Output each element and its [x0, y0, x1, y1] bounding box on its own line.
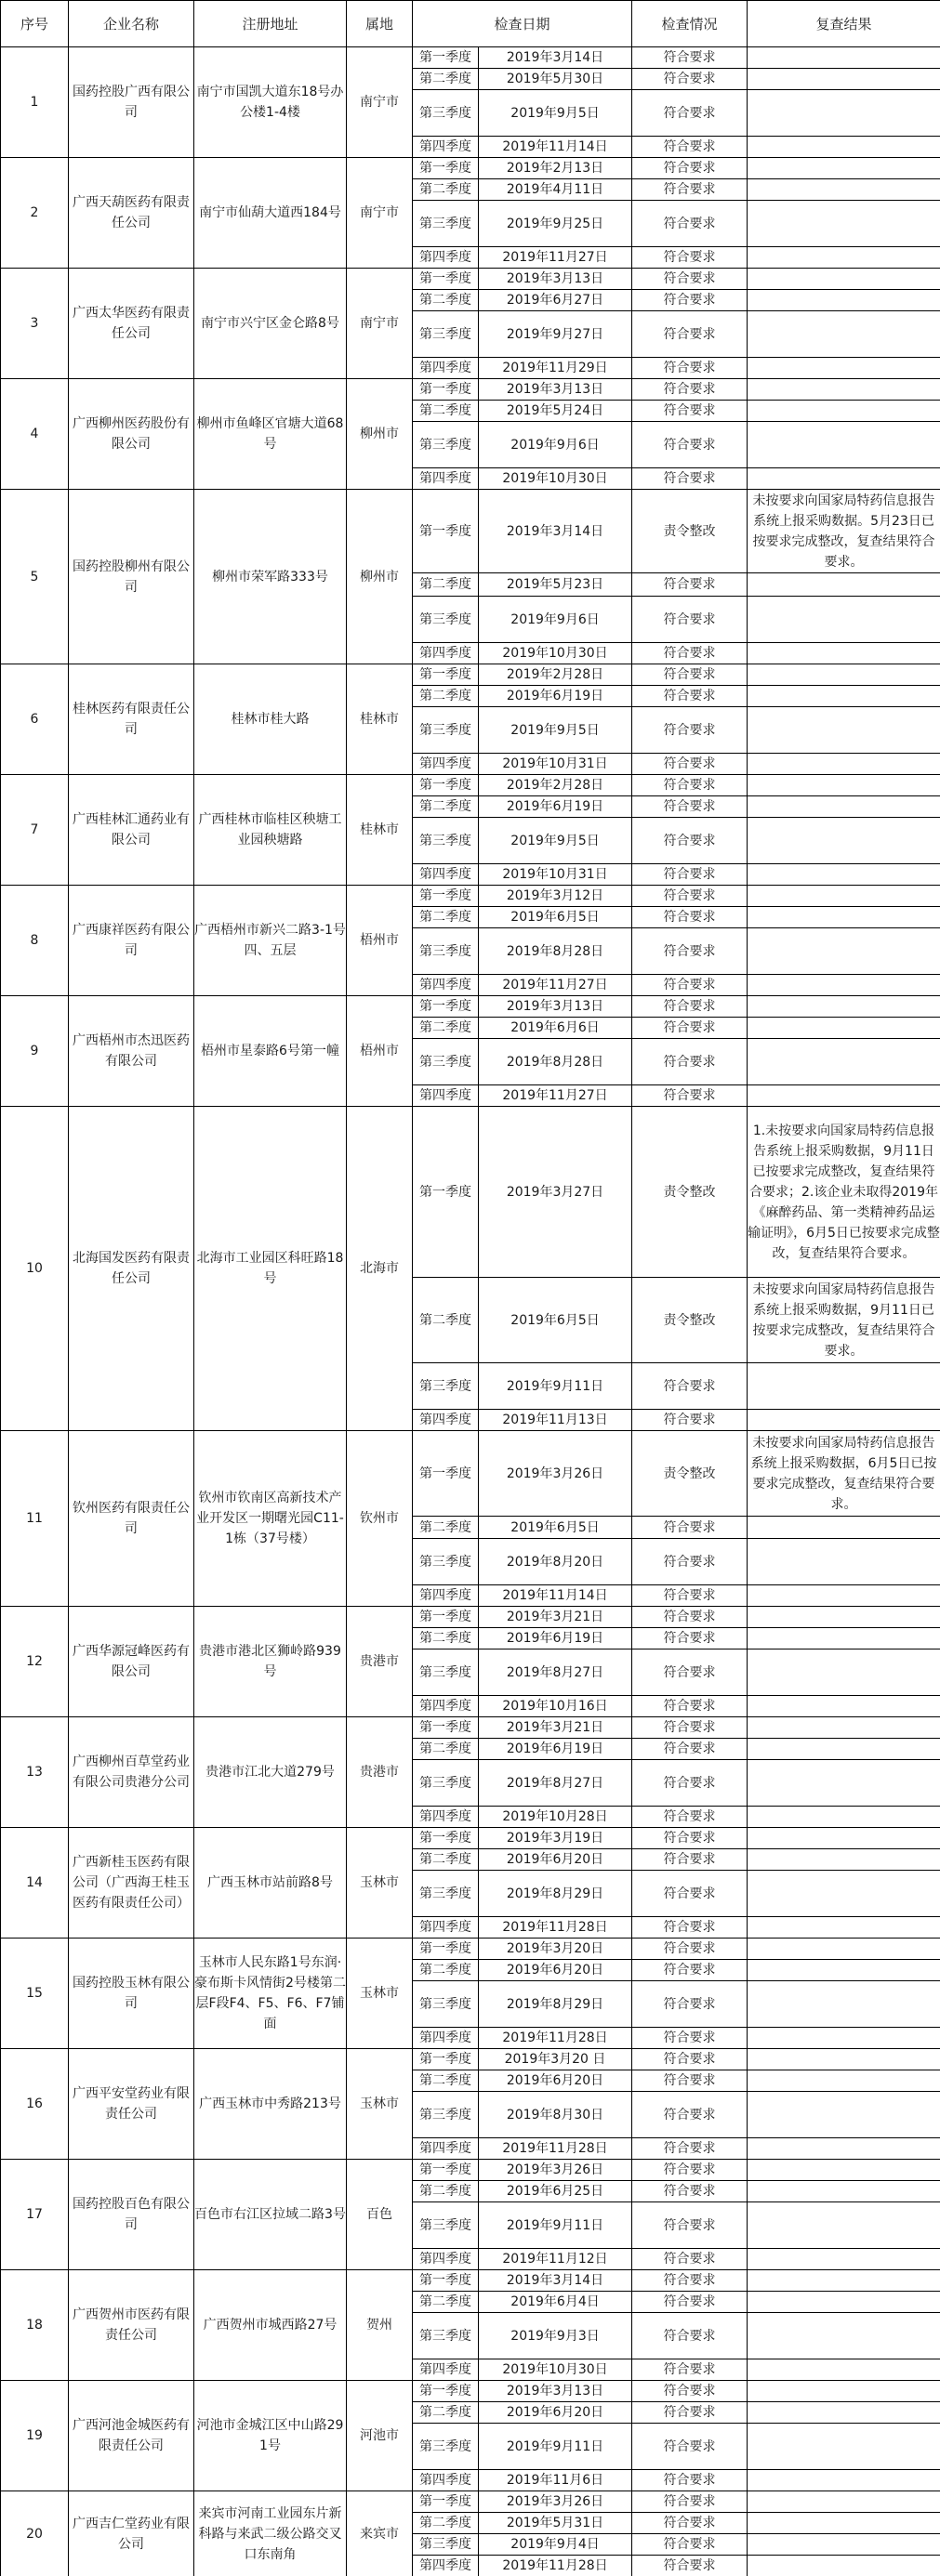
- jurisdiction: 钦州市: [347, 1431, 413, 1607]
- recheck-result: [748, 2534, 940, 2556]
- recheck-result: [748, 69, 940, 90]
- recheck-result: [748, 311, 940, 358]
- check-quarter: 第一季度: [413, 158, 479, 179]
- check-quarter: 第二季度: [413, 1517, 479, 1539]
- jurisdiction: 北海市: [347, 1107, 413, 1431]
- jurisdiction: 河池市: [347, 2381, 413, 2491]
- table-row: 17国药控股百色有限公司百色市右江区拉域二路3号百色第一季度2019年3月26日…: [1, 2160, 940, 2181]
- recheck-result: [748, 468, 940, 490]
- row-number: 12: [1, 1607, 69, 1717]
- check-quarter: 第一季度: [413, 1828, 479, 1849]
- check-status: 符合要求: [632, 290, 748, 311]
- jurisdiction: 南宁市: [347, 47, 413, 158]
- table-row: 14广西新桂玉医药有限公司（广西海王桂玉医药有限责任公司）广西玉林市站前路8号玉…: [1, 1828, 940, 1849]
- check-quarter: 第三季度: [413, 2202, 479, 2249]
- check-date: 2019年11月28日: [479, 2138, 632, 2160]
- jurisdiction: 桂林市: [347, 664, 413, 775]
- company-name: 广西贺州市医药有限责任公司: [69, 2270, 194, 2381]
- check-date: 2019年3月12日: [479, 886, 632, 907]
- check-date: 2019年6月20日: [479, 1849, 632, 1871]
- check-quarter: 第二季度: [413, 290, 479, 311]
- recheck-result: [748, 1960, 940, 1981]
- table-row: 5国药控股柳州有限公司柳州市荣军路333号柳州市第一季度2019年3月14日责令…: [1, 490, 940, 573]
- check-status: 符合要求: [632, 1039, 748, 1085]
- recheck-result: [748, 1607, 940, 1628]
- check-status: 符合要求: [632, 311, 748, 358]
- table-row: 15国药控股玉林有限公司玉林市人民东路1号东润·豪布斯卡风情街2号楼第二层F段F…: [1, 1939, 940, 1960]
- jurisdiction: 玉林市: [347, 1828, 413, 1939]
- recheck-result: [748, 775, 940, 796]
- check-quarter: 第二季度: [413, 1739, 479, 1760]
- check-date: 2019年8月28日: [479, 1039, 632, 1085]
- registered-address: 南宁市兴宁区金仑路8号: [194, 269, 347, 379]
- header-row: 序号 企业名称 注册地址 属地 检查日期 检查情况 复查结果: [1, 1, 940, 47]
- table-row: 19广西河池金城医药有限责任公司河池市金城江区中山路291号河池市第一季度201…: [1, 2381, 940, 2402]
- check-status: 符合要求: [632, 2313, 748, 2359]
- recheck-result: [748, 886, 940, 907]
- check-quarter: 第一季度: [413, 1717, 479, 1739]
- recheck-result: [748, 1760, 940, 1807]
- check-date: 2019年3月13日: [479, 2381, 632, 2402]
- row-number: 14: [1, 1828, 69, 1939]
- check-status: 符合要求: [632, 2270, 748, 2292]
- row-number: 4: [1, 379, 69, 490]
- recheck-result: [748, 1539, 940, 1585]
- recheck-result: [748, 179, 940, 201]
- header-no: 序号: [1, 1, 69, 47]
- recheck-result: [748, 2424, 940, 2470]
- check-quarter: 第三季度: [413, 1363, 479, 1410]
- jurisdiction: 百色: [347, 2160, 413, 2270]
- check-date: 2019年5月31日: [479, 2513, 632, 2534]
- check-date: 2019年10月31日: [479, 864, 632, 886]
- check-date: 2019年2月13日: [479, 158, 632, 179]
- recheck-result: [748, 2160, 940, 2181]
- recheck-result: [748, 1363, 940, 1410]
- check-status: 符合要求: [632, 1917, 748, 1939]
- row-number: 3: [1, 269, 69, 379]
- check-date: 2019年8月29日: [479, 1871, 632, 1917]
- check-status: 符合要求: [632, 2470, 748, 2491]
- check-date: 2019年3月13日: [479, 996, 632, 1018]
- check-date: 2019年10月30日: [479, 468, 632, 490]
- recheck-result: [748, 2491, 940, 2513]
- check-status: 符合要求: [632, 401, 748, 422]
- company-name: 广西梧州市杰迅医药有限公司: [69, 996, 194, 1107]
- check-quarter: 第四季度: [413, 643, 479, 664]
- check-quarter: 第四季度: [413, 2249, 479, 2270]
- check-status: 符合要求: [632, 1939, 748, 1960]
- row-number: 11: [1, 1431, 69, 1607]
- check-date: 2019年11月14日: [479, 1585, 632, 1607]
- table-row: 18广西贺州市医药有限责任公司广西贺州市城西路27号贺州第一季度2019年3月1…: [1, 2270, 940, 2292]
- company-name: 广西康祥医药有限公司: [69, 886, 194, 996]
- check-quarter: 第四季度: [413, 2556, 479, 2576]
- table-row: 13广西柳州百草堂药业有限公司贵港分公司贵港市江北大道279号贵港市第一季度20…: [1, 1717, 940, 1739]
- check-quarter: 第一季度: [413, 664, 479, 686]
- recheck-result: [748, 2381, 940, 2402]
- recheck-result: [748, 864, 940, 886]
- check-status: 符合要求: [632, 597, 748, 643]
- registered-address: 柳州市鱼峰区官塘大道68号: [194, 379, 347, 490]
- registered-address: 梧州市星泰路6号第一幢: [194, 996, 347, 1107]
- check-quarter: 第三季度: [413, 818, 479, 864]
- check-status: 符合要求: [632, 1739, 748, 1760]
- jurisdiction: 贵港市: [347, 1607, 413, 1717]
- check-status: 符合要求: [632, 468, 748, 490]
- check-quarter: 第二季度: [413, 2513, 479, 2534]
- check-date: 2019年9月6日: [479, 422, 632, 468]
- recheck-result: [748, 2313, 940, 2359]
- check-quarter: 第三季度: [413, 707, 479, 754]
- check-date: 2019年5月23日: [479, 573, 632, 597]
- recheck-result: 未按要求向国家局特药信息报告系统上报采购数据。5月23日已按要求完成整改，复查结…: [748, 490, 940, 573]
- company-name: 广西柳州百草堂药业有限公司贵港分公司: [69, 1717, 194, 1828]
- check-status: 符合要求: [632, 2181, 748, 2202]
- jurisdiction: 贺州: [347, 2270, 413, 2381]
- check-status: 符合要求: [632, 975, 748, 996]
- check-quarter: 第一季度: [413, 2049, 479, 2070]
- check-quarter: 第四季度: [413, 2138, 479, 2160]
- check-date: 2019年11月14日: [479, 137, 632, 158]
- registered-address: 柳州市荣军路333号: [194, 490, 347, 664]
- check-quarter: 第一季度: [413, 2491, 479, 2513]
- recheck-result: [748, 2402, 940, 2424]
- check-status: 符合要求: [632, 818, 748, 864]
- check-date: 2019年3月21日: [479, 1717, 632, 1739]
- check-status: 符合要求: [632, 928, 748, 975]
- check-quarter: 第三季度: [413, 1871, 479, 1917]
- recheck-result: [748, 1917, 940, 1939]
- jurisdiction: 来宾市: [347, 2491, 413, 2576]
- recheck-result: [748, 1039, 940, 1085]
- check-status: 符合要求: [632, 1717, 748, 1739]
- check-status: 符合要求: [632, 2359, 748, 2381]
- check-status: 符合要求: [632, 864, 748, 886]
- header-date: 检查日期: [413, 1, 632, 47]
- company-name: 国药控股广西有限公司: [69, 47, 194, 158]
- registered-address: 广西贺州市城西路27号: [194, 2270, 347, 2381]
- check-date: 2019年9月5日: [479, 818, 632, 864]
- row-number: 15: [1, 1939, 69, 2049]
- check-status: 符合要求: [632, 2491, 748, 2513]
- check-quarter: 第二季度: [413, 1018, 479, 1039]
- check-status: 符合要求: [632, 1760, 748, 1807]
- recheck-result: [748, 597, 940, 643]
- check-date: 2019年8月27日: [479, 1649, 632, 1696]
- recheck-result: [748, 1410, 940, 1431]
- check-quarter: 第三季度: [413, 2313, 479, 2359]
- check-status: 符合要求: [632, 47, 748, 69]
- check-date: 2019年2月28日: [479, 664, 632, 686]
- check-quarter: 第一季度: [413, 886, 479, 907]
- company-name: 广西新桂玉医药有限公司（广西海王桂玉医药有限责任公司）: [69, 1828, 194, 1939]
- check-status: 符合要求: [632, 1628, 748, 1649]
- check-quarter: 第四季度: [413, 1696, 479, 1717]
- check-quarter: 第三季度: [413, 928, 479, 975]
- check-quarter: 第四季度: [413, 1807, 479, 1828]
- row-number: 20: [1, 2491, 69, 2576]
- row-number: 8: [1, 886, 69, 996]
- recheck-result: [748, 907, 940, 928]
- check-quarter: 第一季度: [413, 490, 479, 573]
- recheck-result: [748, 201, 940, 247]
- jurisdiction: 梧州市: [347, 996, 413, 1107]
- check-status: 符合要求: [632, 1981, 748, 2028]
- check-date: 2019年8月29日: [479, 1981, 632, 2028]
- recheck-result: [748, 818, 940, 864]
- check-date: 2019年11月12日: [479, 2249, 632, 2270]
- recheck-result: [748, 664, 940, 686]
- check-status: 符合要求: [632, 1807, 748, 1828]
- check-status: 符合要求: [632, 2160, 748, 2181]
- check-status: 符合要求: [632, 573, 748, 597]
- check-quarter: 第一季度: [413, 379, 479, 401]
- recheck-result: [748, 358, 940, 379]
- check-date: 2019年10月30日: [479, 2359, 632, 2381]
- check-status: 符合要求: [632, 2556, 748, 2576]
- table-row: 6桂林医药有限责任公司桂林市桂大路桂林市第一季度2019年2月28日符合要求: [1, 664, 940, 686]
- check-status: 符合要求: [632, 796, 748, 818]
- recheck-result: [748, 975, 940, 996]
- company-name: 广西平安堂药业有限责任公司: [69, 2049, 194, 2160]
- table-row: 16广西平安堂药业有限责任公司广西玉林市中秀路213号玉林市第一季度2019年3…: [1, 2049, 940, 2070]
- recheck-result: [748, 707, 940, 754]
- row-number: 7: [1, 775, 69, 886]
- check-quarter: 第二季度: [413, 1628, 479, 1649]
- check-status: 符合要求: [632, 1871, 748, 1917]
- recheck-result: [748, 2359, 940, 2381]
- check-quarter: 第二季度: [413, 69, 479, 90]
- check-date: 2019年9月5日: [479, 707, 632, 754]
- company-name: 桂林医药有限责任公司: [69, 664, 194, 775]
- check-quarter: 第一季度: [413, 2270, 479, 2292]
- check-status: 符合要求: [632, 707, 748, 754]
- check-quarter: 第四季度: [413, 1085, 479, 1107]
- jurisdiction: 南宁市: [347, 158, 413, 269]
- check-quarter: 第二季度: [413, 573, 479, 597]
- recheck-result: [748, 2556, 940, 2576]
- check-status: 符合要求: [632, 1363, 748, 1410]
- check-quarter: 第四季度: [413, 1917, 479, 1939]
- check-date: 2019年11月13日: [479, 1410, 632, 1431]
- recheck-result: [748, 158, 940, 179]
- check-date: 2019年8月27日: [479, 1760, 632, 1807]
- table-row: 10北海国发医药有限责任公司北海市工业园区科旺路18号北海市第一季度2019年3…: [1, 1107, 940, 1278]
- header-status: 检查情况: [632, 1, 748, 47]
- jurisdiction: 梧州市: [347, 886, 413, 996]
- check-status: 符合要求: [632, 179, 748, 201]
- check-date: 2019年10月28日: [479, 1807, 632, 1828]
- recheck-result: 未按要求向国家局特药信息报告系统上报采购数据，6月5日已按要求完成整改，复查结果…: [748, 1431, 940, 1517]
- check-date: 2019年9月3日: [479, 2313, 632, 2359]
- check-status: 符合要求: [632, 2092, 748, 2138]
- recheck-result: [748, 1085, 940, 1107]
- recheck-result: [748, 2092, 940, 2138]
- inspection-table: 序号 企业名称 注册地址 属地 检查日期 检查情况 复查结果 1国药控股广西有限…: [0, 0, 940, 2576]
- check-date: 2019年3月19日: [479, 1828, 632, 1849]
- recheck-result: [748, 1018, 940, 1039]
- recheck-result: [748, 1739, 940, 1760]
- check-date: 2019年9月11日: [479, 2424, 632, 2470]
- recheck-result: [748, 47, 940, 69]
- row-number: 19: [1, 2381, 69, 2491]
- check-status: 符合要求: [632, 379, 748, 401]
- recheck-result: [748, 1517, 940, 1539]
- check-quarter: 第三季度: [413, 90, 479, 137]
- registered-address: 来宾市河南工业园东片新科路与来武二级公路交叉口东南角: [194, 2491, 347, 2576]
- check-quarter: 第四季度: [413, 2359, 479, 2381]
- registered-address: 贵港市江北大道279号: [194, 1717, 347, 1828]
- check-quarter: 第二季度: [413, 796, 479, 818]
- check-quarter: 第四季度: [413, 1410, 479, 1431]
- check-quarter: 第一季度: [413, 269, 479, 290]
- company-name: 广西吉仁堂药业有限公司: [69, 2491, 194, 2576]
- check-quarter: 第四季度: [413, 2470, 479, 2491]
- recheck-result: [748, 2513, 940, 2534]
- check-quarter: 第四季度: [413, 864, 479, 886]
- recheck-result: [748, 269, 940, 290]
- check-date: 2019年11月29日: [479, 358, 632, 379]
- check-status: 符合要求: [632, 137, 748, 158]
- check-date: 2019年6月20日: [479, 2402, 632, 2424]
- table-row: 9广西梧州市杰迅医药有限公司梧州市星泰路6号第一幢梧州市第一季度2019年3月1…: [1, 996, 940, 1018]
- check-quarter: 第三季度: [413, 1981, 479, 2028]
- check-quarter: 第四季度: [413, 2028, 479, 2049]
- check-status: 符合要求: [632, 69, 748, 90]
- table-body: 1国药控股广西有限公司南宁市国凯大道东18号办公楼1-4楼南宁市第一季度2019…: [1, 47, 940, 2576]
- check-quarter: 第二季度: [413, 907, 479, 928]
- check-date: 2019年6月5日: [479, 907, 632, 928]
- check-quarter: 第四季度: [413, 754, 479, 775]
- check-status: 符合要求: [632, 1607, 748, 1628]
- check-date: 2019年6月19日: [479, 1739, 632, 1760]
- check-status: 符合要求: [632, 686, 748, 707]
- registered-address: 北海市工业园区科旺路18号: [194, 1107, 347, 1431]
- table-row: 7广西桂林汇通药业有限公司广西桂林市临桂区秧塘工业园秧塘路桂林市第一季度2019…: [1, 775, 940, 796]
- jurisdiction: 贵港市: [347, 1717, 413, 1828]
- recheck-result: [748, 1717, 940, 1739]
- check-date: 2019年9月11日: [479, 1363, 632, 1410]
- registered-address: 广西桂林市临桂区秧塘工业园秧塘路: [194, 775, 347, 886]
- check-date: 2019年9月25日: [479, 201, 632, 247]
- check-date: 2019年9月5日: [479, 90, 632, 137]
- check-status: 符合要求: [632, 201, 748, 247]
- check-quarter: 第二季度: [413, 2402, 479, 2424]
- check-quarter: 第一季度: [413, 2381, 479, 2402]
- recheck-result: [748, 996, 940, 1018]
- recheck-result: 1.未按要求向国家局特药信息报告系统上报采购数据，9月11日已按要求完成整改，复…: [748, 1107, 940, 1278]
- recheck-result: [748, 1871, 940, 1917]
- check-status: 符合要求: [632, 1410, 748, 1431]
- check-date: 2019年3月26日: [479, 1431, 632, 1517]
- check-status: 符合要求: [632, 247, 748, 269]
- check-status: 符合要求: [632, 2534, 748, 2556]
- check-quarter: 第一季度: [413, 1939, 479, 1960]
- check-date: 2019年3月20 日: [479, 2049, 632, 2070]
- check-date: 2019年3月20日: [479, 1939, 632, 1960]
- check-status: 符合要求: [632, 996, 748, 1018]
- company-name: 北海国发医药有限责任公司: [69, 1107, 194, 1431]
- recheck-result: [748, 379, 940, 401]
- check-date: 2019年10月30日: [479, 643, 632, 664]
- company-name: 广西太华医药有限责任公司: [69, 269, 194, 379]
- check-quarter: 第三季度: [413, 2534, 479, 2556]
- check-date: 2019年3月21日: [479, 1607, 632, 1628]
- check-date: 2019年10月31日: [479, 754, 632, 775]
- check-status: 符合要求: [632, 664, 748, 686]
- row-number: 9: [1, 996, 69, 1107]
- check-date: 2019年11月28日: [479, 1917, 632, 1939]
- row-number: 13: [1, 1717, 69, 1828]
- registered-address: 南宁市国凯大道东18号办公楼1-4楼: [194, 47, 347, 158]
- check-status: 符合要求: [632, 2070, 748, 2092]
- recheck-result: [748, 2070, 940, 2092]
- check-quarter: 第四季度: [413, 358, 479, 379]
- check-status: 符合要求: [632, 358, 748, 379]
- check-date: 2019年10月16日: [479, 1696, 632, 1717]
- check-quarter: 第一季度: [413, 1431, 479, 1517]
- row-number: 2: [1, 158, 69, 269]
- check-quarter: 第三季度: [413, 1649, 479, 1696]
- check-quarter: 第三季度: [413, 597, 479, 643]
- check-date: 2019年5月24日: [479, 401, 632, 422]
- check-date: 2019年3月13日: [479, 269, 632, 290]
- check-date: 2019年6月19日: [479, 686, 632, 707]
- check-quarter: 第三季度: [413, 2424, 479, 2470]
- check-status: 符合要求: [632, 1517, 748, 1539]
- check-quarter: 第二季度: [413, 1849, 479, 1871]
- registered-address: 百色市右江区拉域二路3号: [194, 2160, 347, 2270]
- check-status: 责令整改: [632, 490, 748, 573]
- check-quarter: 第二季度: [413, 686, 479, 707]
- check-status: 符合要求: [632, 1585, 748, 1607]
- table-row: 11钦州医药有限责任公司钦州市钦南区高新技术产业开发区一期曙光园C11-1栋（3…: [1, 1431, 940, 1517]
- recheck-result: [748, 2470, 940, 2491]
- check-date: 2019年11月27日: [479, 247, 632, 269]
- recheck-result: [748, 137, 940, 158]
- check-status: 符合要求: [632, 269, 748, 290]
- check-quarter: 第一季度: [413, 1607, 479, 1628]
- check-date: 2019年3月26日: [479, 2160, 632, 2181]
- recheck-result: [748, 928, 940, 975]
- row-number: 16: [1, 2049, 69, 2160]
- check-status: 符合要求: [632, 1960, 748, 1981]
- recheck-result: [748, 1649, 940, 1696]
- recheck-result: [748, 573, 940, 597]
- company-name: 国药控股玉林有限公司: [69, 1939, 194, 2049]
- company-name: 广西河池金城医药有限责任公司: [69, 2381, 194, 2491]
- row-number: 10: [1, 1107, 69, 1431]
- check-status: 符合要求: [632, 2049, 748, 2070]
- recheck-result: [748, 643, 940, 664]
- recheck-result: [748, 1696, 940, 1717]
- check-status: 符合要求: [632, 2381, 748, 2402]
- check-status: 符合要求: [632, 90, 748, 137]
- check-date: 2019年3月27日: [479, 1107, 632, 1278]
- check-status: 符合要求: [632, 2292, 748, 2313]
- check-quarter: 第四季度: [413, 468, 479, 490]
- check-status: 符合要求: [632, 886, 748, 907]
- check-quarter: 第四季度: [413, 975, 479, 996]
- check-date: 2019年11月27日: [479, 975, 632, 996]
- header-address: 注册地址: [194, 1, 347, 47]
- check-date: 2019年6月5日: [479, 1278, 632, 1363]
- check-quarter: 第二季度: [413, 179, 479, 201]
- table-row: 1国药控股广西有限公司南宁市国凯大道东18号办公楼1-4楼南宁市第一季度2019…: [1, 47, 940, 69]
- check-date: 2019年8月20日: [479, 1539, 632, 1585]
- check-status: 符合要求: [632, 643, 748, 664]
